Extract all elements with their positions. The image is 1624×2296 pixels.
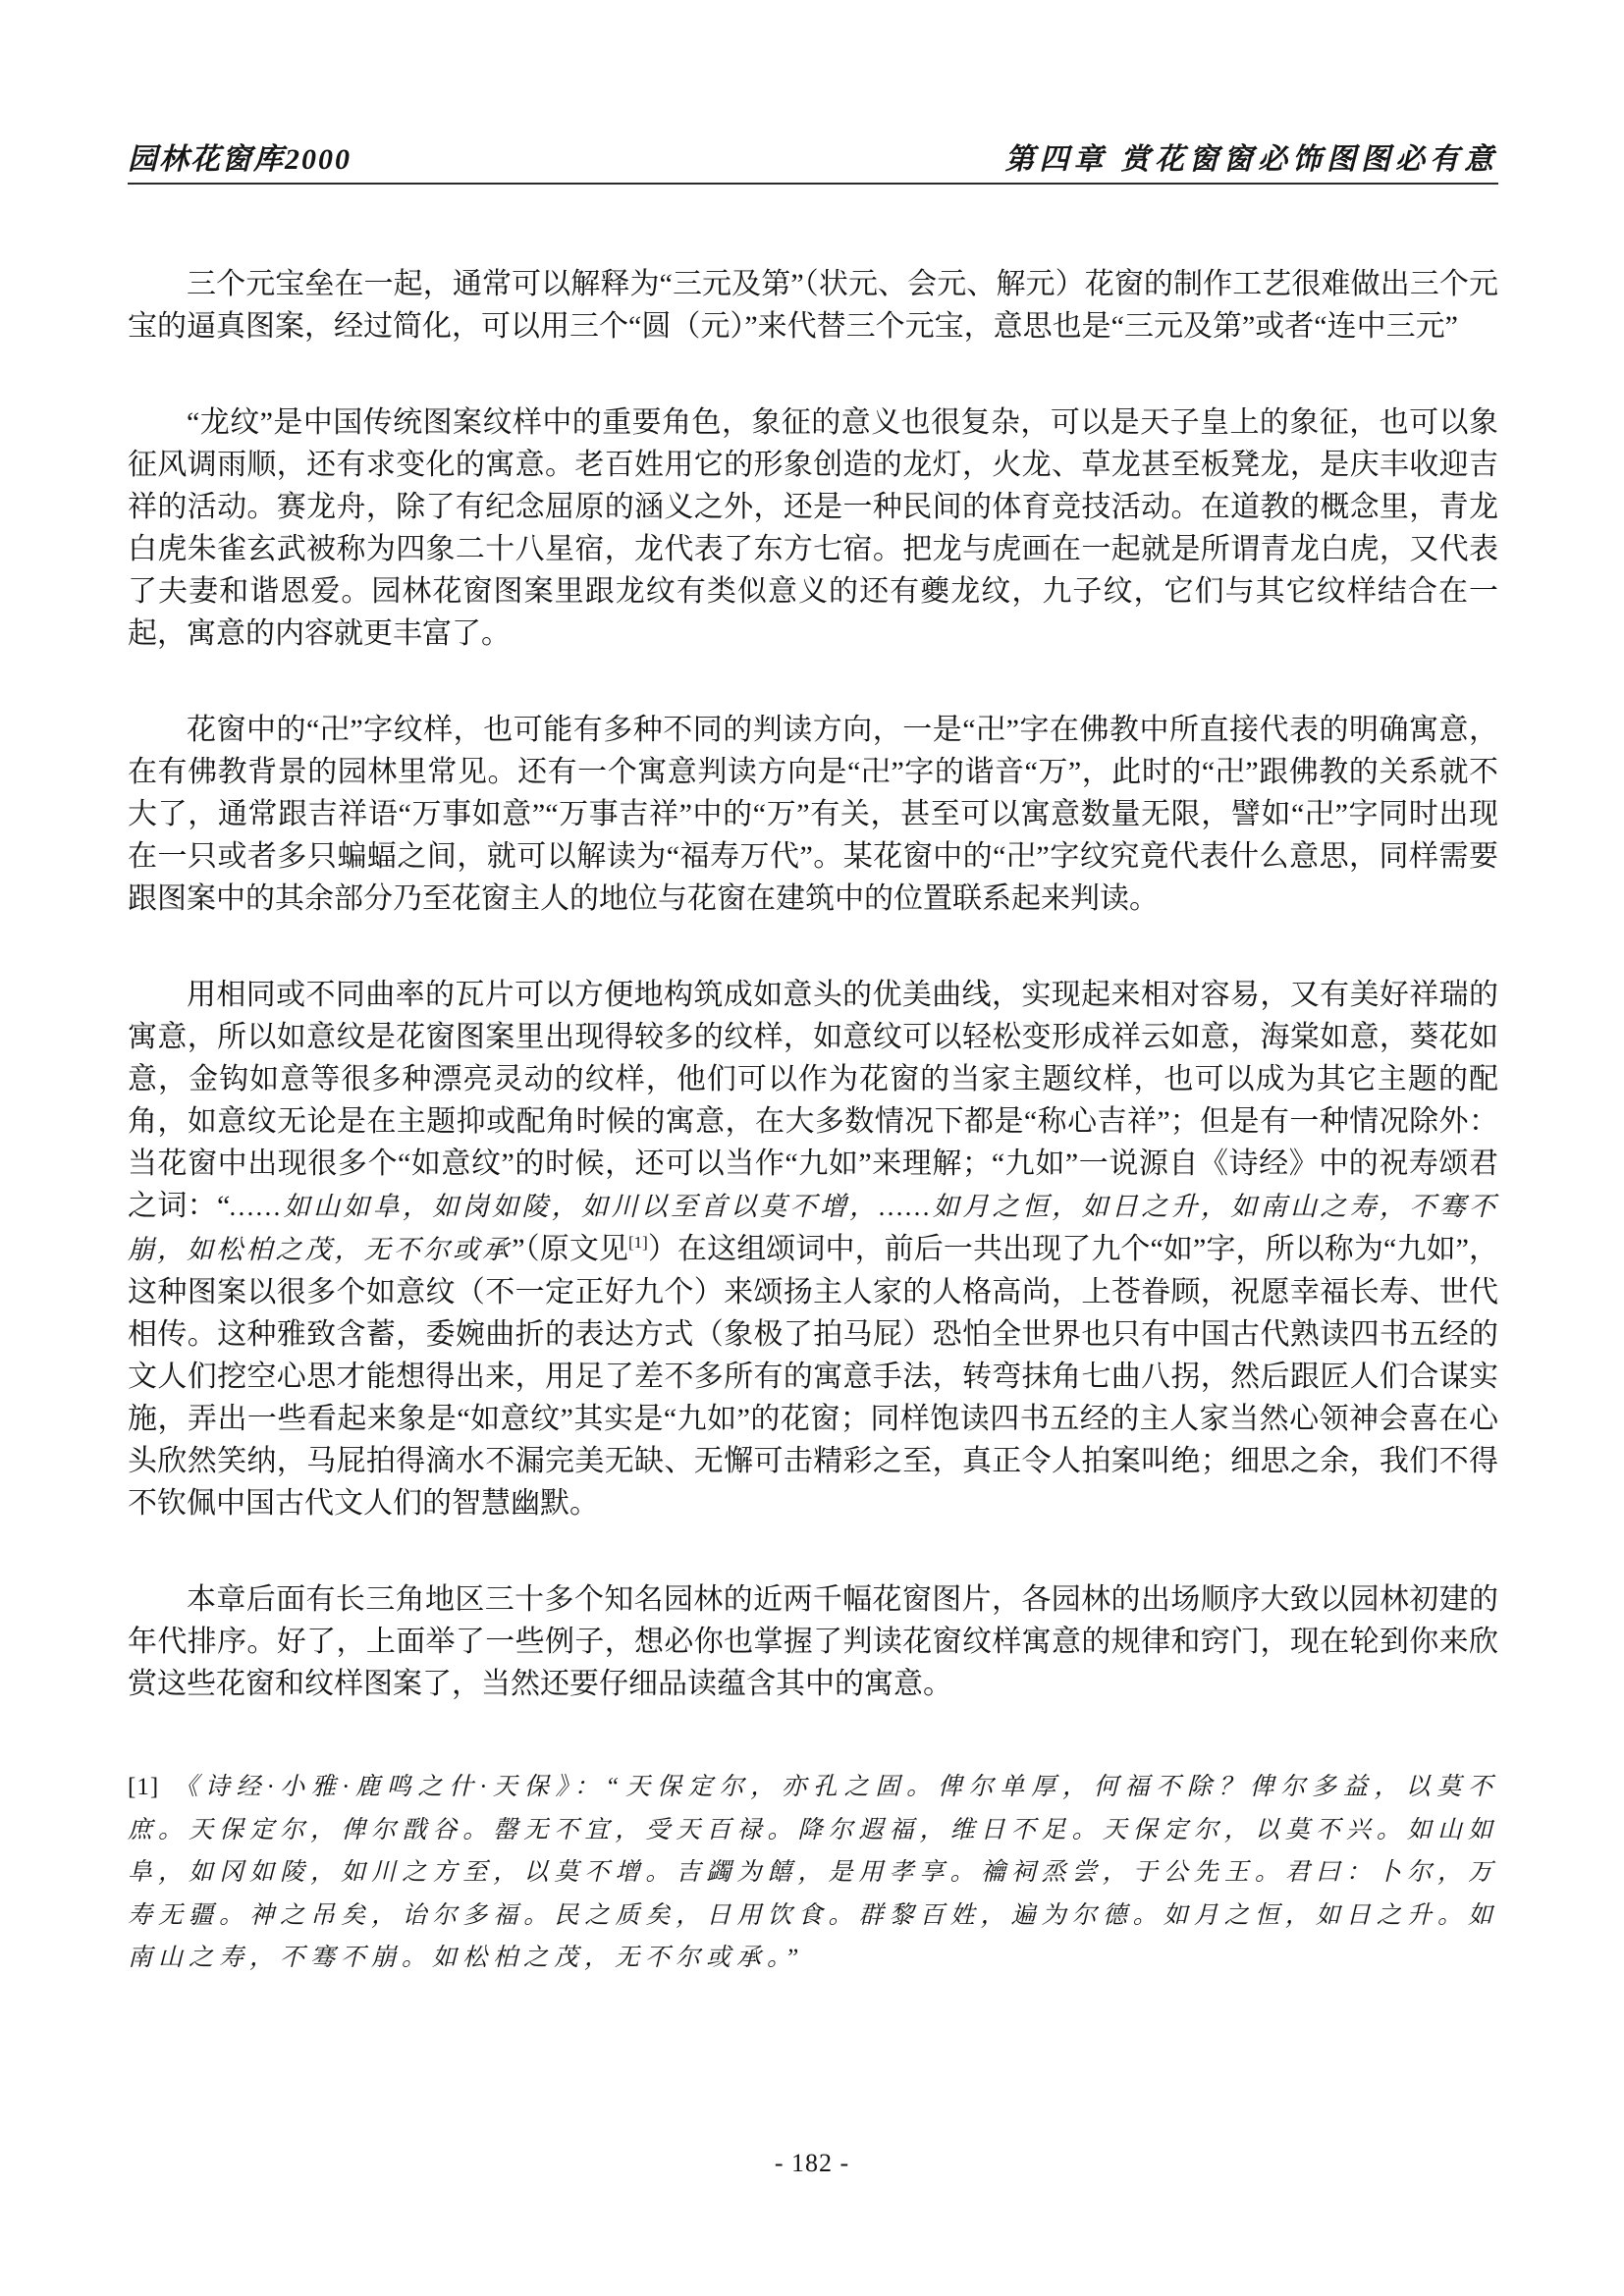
footnote-reference: [1] [628, 1233, 648, 1252]
text-segment: ”（原文见 [512, 1233, 628, 1265]
body-paragraph: 花窗中的“卍”字纹样，也可能有多种不同的判读方向，一是“卍”字在佛教中所直接代表… [128, 709, 1498, 920]
body-paragraph: 三个元宝垒在一起，通常可以解释为“三元及第”（状元、会元、解元）花窗的制作工艺很… [128, 263, 1498, 347]
text-segment: 本章后面有长三角地区三十多个知名园林的近两千幅花窗图片，各园林的出场顺序大致以园… [128, 1583, 1498, 1700]
page-header: 园林花窗库2000 第四章 赏花窗窗必饰图图必有意 [128, 143, 1498, 185]
text-segment: “龙纹”是中国传统图案纹样中的重要角色，象征的意义也很复杂，可以是天子皇上的象征… [128, 406, 1498, 650]
footnote-section: [1]《诗经·小雅·鹿鸣之什·天保》：“天保定尔，亦孔之固。俾尔单厚，何福不除？… [128, 1766, 1498, 1980]
body-paragraph: 用相同或不同曲率的瓦片可以方便地构筑成如意头的优美曲线，实现起来相对容易，又有美… [128, 974, 1498, 1524]
footnote-marker: [1] [128, 1774, 173, 1800]
body-paragraph: 本章后面有长三角地区三十多个知名园林的近两千幅花窗图片，各园林的出场顺序大致以园… [128, 1578, 1498, 1705]
text-segment: 用相同或不同曲率的瓦片可以方便地构筑成如意头的优美曲线，实现起来相对容易，又有美… [128, 979, 1498, 1222]
text-segment: 花窗中的“卍”字纹样，也可能有多种不同的判读方向，一是“卍”字在佛教中所直接代表… [128, 714, 1498, 915]
page-number: - 182 - [775, 2149, 849, 2177]
body-text-area: 三个元宝垒在一起，通常可以解释为“三元及第”（状元、会元、解元）花窗的制作工艺很… [128, 263, 1498, 1980]
paragraph-list: 三个元宝垒在一起，通常可以解释为“三元及第”（状元、会元、解元）花窗的制作工艺很… [128, 263, 1498, 1705]
header-chapter-title: 第四章 赏花窗窗必饰图图必有意 [1005, 143, 1499, 177]
document-page: 园林花窗库2000 第四章 赏花窗窗必饰图图必有意 三个元宝垒在一起，通常可以解… [0, 0, 1624, 2296]
text-segment: ）在这组颂词中，前后一共出现了九个“如”字，所以称为“九如”，这种图案以很多个如… [128, 1233, 1498, 1520]
header-rule [128, 183, 1498, 185]
footnote-body: 《诗经·小雅·鹿鸣之什·天保》：“天保定尔，亦孔之固。俾尔单厚，何福不除？俾尔多… [128, 1774, 1498, 1971]
header-book-title: 园林花窗库2000 [128, 143, 352, 177]
footnote-1: [1]《诗经·小雅·鹿鸣之什·天保》：“天保定尔，亦孔之固。俾尔单厚，何福不除？… [128, 1766, 1498, 1980]
page-footer: - 182 - [0, 2149, 1624, 2178]
text-segment: 三个元宝垒在一起，通常可以解释为“三元及第”（状元、会元、解元）花窗的制作工艺很… [128, 268, 1498, 343]
body-paragraph: “龙纹”是中国传统图案纹样中的重要角色，象征的意义也很复杂，可以是天子皇上的象征… [128, 401, 1498, 655]
header-row: 园林花窗库2000 第四章 赏花窗窗必饰图图必有意 [128, 143, 1498, 177]
